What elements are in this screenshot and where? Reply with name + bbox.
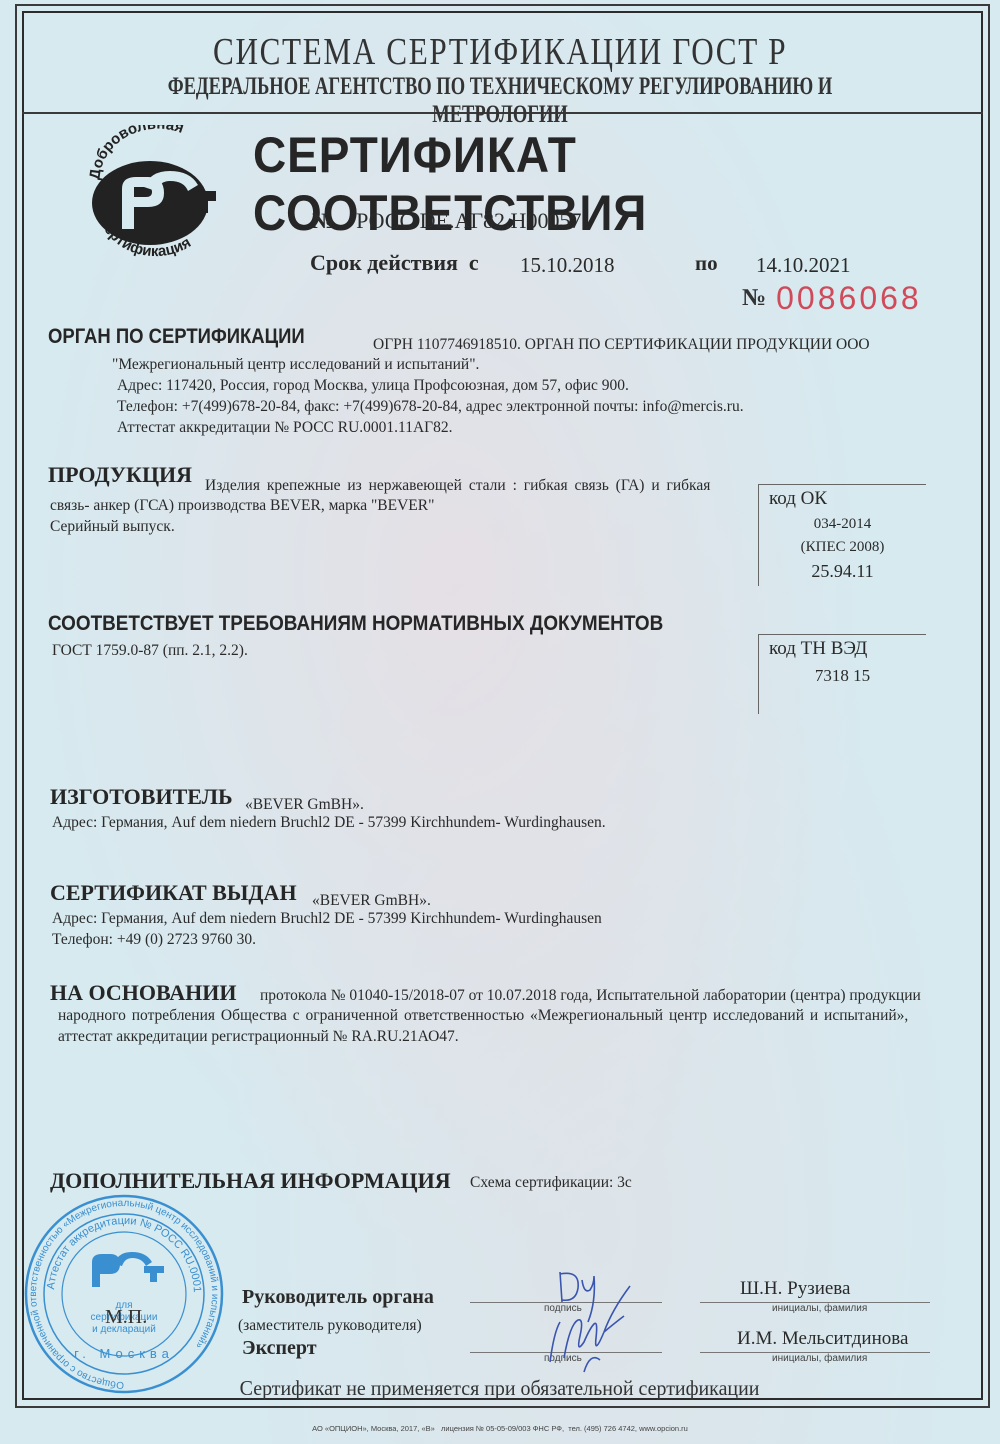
valid-to-label: по — [695, 251, 718, 276]
certification-body-line-1: ОГРН 1107746918510. ОРГАН ПО СЕРТИФИКАЦИ… — [373, 334, 870, 355]
validity-label: Срок действия с — [310, 250, 479, 276]
certification-body-details: "Межрегиональный центр исследований и ис… — [112, 354, 744, 438]
manufacturer-heading: ИЗГОТОВИТЕЛЬ — [50, 784, 233, 810]
handwritten-signature-icon — [520, 1262, 650, 1387]
number-sign: № — [312, 208, 334, 233]
svg-text:г. Москва: г. Москва — [74, 1346, 174, 1361]
head-name-caption: инициалы, фамилия — [772, 1303, 867, 1314]
ok-code-value: 25.94.11 — [759, 561, 926, 582]
head-of-body-label: Руководитель органа — [242, 1286, 434, 1309]
issued-to-phone: Телефон: +49 (0) 2723 9760 30. — [52, 929, 602, 950]
ok-code-box: код ОК 034-2014 (КПЕС 2008) 25.94.11 — [758, 484, 926, 586]
valid-to-date: 14.10.2021 — [756, 253, 851, 278]
basis-heading: НА ОСНОВАНИИ — [50, 980, 237, 1006]
voluntary-note-text: Сертификат не применяется при обязательн… — [240, 1376, 760, 1401]
blank-serial-number: №0086068 — [742, 280, 922, 317]
basis-line: народного потребления Общества с огранич… — [58, 1005, 908, 1026]
agency-title-text: ФЕДЕРАЛЬНОЕ АГЕНТСТВО ПО ТЕХНИЧЕСКОМУ РЕ… — [130, 73, 870, 129]
basis-line: аттестат аккредитации регистрационный № … — [58, 1026, 908, 1047]
manufacturer-address: Адрес: Германия, Auf dem niedern Bruchl2… — [52, 812, 606, 833]
basis-line: протокола № 01040-15/2018-07 от 10.07.20… — [260, 985, 921, 1006]
product-line: связь- анкер (ГСА) производства BEVER, м… — [50, 495, 434, 516]
ok-code-label: код ОК — [759, 485, 926, 510]
compliance-heading-text: СООТВЕТСТВУЕТ ТРЕБОВАНИЯМ НОРМАТИВНЫХ ДО… — [48, 612, 663, 636]
validity-label-text: Срок действия с — [310, 250, 479, 275]
product-line-1: Изделия крепежные из нержавеющей стали :… — [205, 475, 710, 496]
certificate-number: №РОСС DE.АГ82.Н00057 — [312, 208, 581, 234]
certificate-number-value: РОСС DE.АГ82.Н00057 — [356, 208, 581, 233]
product-line: Изделия крепежные из нержавеющей стали :… — [205, 475, 710, 496]
serial-number-sign: № — [742, 285, 766, 311]
official-seal-icon: Общество с ограниченной ответственностью… — [22, 1192, 227, 1397]
issued-to-details: Адрес: Германия, Auf dem niedern Bruchl2… — [52, 908, 602, 950]
system-title-text: СИСТЕМА СЕРТИФИКАЦИИ ГОСТ Р — [213, 30, 787, 74]
tnved-code-label: код ТН ВЭД — [759, 635, 926, 660]
expert-name-caption: инициалы, фамилия — [772, 1353, 867, 1364]
tnved-code-box: код ТН ВЭД 7318 15 — [758, 634, 926, 714]
serial-number-value: 0086068 — [776, 280, 922, 316]
certification-scheme: Схема сертификации: 3с — [470, 1172, 632, 1193]
voluntary-note: Сертификат не применяется при обязательн… — [0, 1376, 1000, 1401]
cb-line: ОГРН 1107746918510. ОРГАН ПО СЕРТИФИКАЦИ… — [373, 334, 870, 355]
product-heading: ПРОДУКЦИЯ — [48, 462, 192, 488]
expert-label: Эксперт — [242, 1337, 317, 1360]
deputy-label: (заместитель руководителя) — [238, 1315, 422, 1336]
certification-body-heading-text: ОРГАН ПО СЕРТИФИКАЦИИ — [48, 325, 305, 349]
expert-name: И.М. Мельситдинова — [737, 1328, 908, 1350]
cb-line: Телефон: +7(499)678-20-84, факс: +7(499)… — [117, 396, 744, 417]
additional-info-heading: ДОПОЛНИТЕЛЬНАЯ ИНФОРМАЦИЯ — [50, 1168, 451, 1194]
agency-title: ФЕДЕРАЛЬНОЕ АГЕНТСТВО ПО ТЕХНИЧЕСКОМУ РЕ… — [0, 73, 1000, 129]
rst-logo-icon: Добровольная сертификация — [78, 125, 228, 265]
ok-classifier: 034-2014 — [759, 516, 926, 533]
issued-to-heading: СЕРТИФИКАТ ВЫДАН — [50, 880, 297, 906]
seal-place-label: М.П. — [105, 1306, 147, 1329]
product-lines: связь- анкер (ГСА) производства BEVER, м… — [50, 495, 434, 537]
certification-body-heading: ОРГАН ПО СЕРТИФИКАЦИИ — [48, 325, 340, 349]
compliance-heading: СООТВЕТСТВУЕТ ТРЕБОВАНИЯМ НОРМАТИВНЫХ ДО… — [48, 612, 732, 636]
compliance-documents: ГОСТ 1759.0-87 (пп. 2.1, 2.2). — [52, 640, 248, 661]
basis-lines: народного потребления Общества с огранич… — [58, 1005, 908, 1047]
issued-to-address: Адрес: Германия, Auf dem niedern Bruchl2… — [52, 908, 602, 929]
tnved-code-value: 7318 15 — [759, 666, 926, 686]
valid-from-date: 15.10.2018 — [520, 253, 615, 278]
product-line: Серийный выпуск. — [50, 516, 434, 537]
head-name: Ш.Н. Рузиева — [740, 1278, 850, 1300]
cb-line: "Межрегиональный центр исследований и ис… — [112, 354, 744, 375]
basis-line-1: протокола № 01040-15/2018-07 от 10.07.20… — [260, 985, 921, 1006]
cb-line: Аттестат аккредитации № РОСС RU.0001.11А… — [117, 417, 744, 438]
system-title: СИСТЕМА СЕРТИФИКАЦИИ ГОСТ Р — [0, 30, 1000, 74]
cb-line: Адрес: 117420, Россия, город Москва, ули… — [117, 375, 744, 396]
ok-classifier-note: (КПЕС 2008) — [759, 539, 926, 556]
printer-imprint: АО «ОПЦИОН», Москва, 2017, «В» лицензия … — [0, 1424, 1000, 1433]
